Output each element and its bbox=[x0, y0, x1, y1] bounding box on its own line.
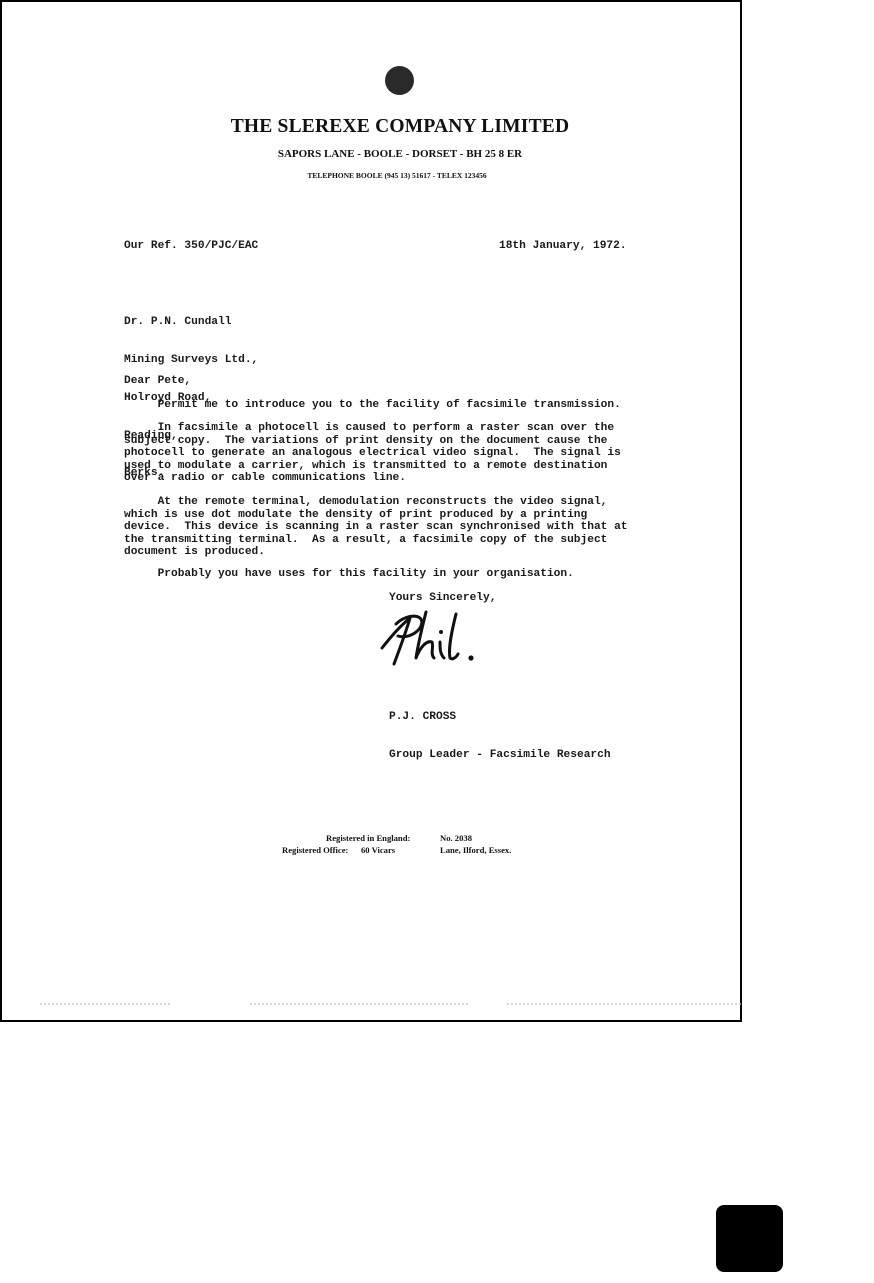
reference-number: Our Ref. 350/PJC/EAC bbox=[124, 240, 258, 252]
page-corner-marker-icon bbox=[716, 1205, 783, 1272]
paragraph-intro: Permit me to introduce you to the facili… bbox=[124, 399, 621, 412]
signer-title: Group Leader - Facsimile Research bbox=[389, 749, 611, 762]
handwritten-signature-icon bbox=[376, 608, 486, 670]
company-name: THE SLEREXE COMPANY LIMITED bbox=[2, 116, 798, 138]
salutation: Dear Pete, bbox=[124, 375, 191, 387]
valediction: Yours Sincerely, bbox=[389, 592, 496, 604]
registered-office-part2: Lane, Ilford, Essex. bbox=[440, 845, 511, 855]
company-address: SAPORS LANE - BOOLE - DORSET - BH 25 8 E… bbox=[2, 148, 798, 160]
registered-office-label: Registered Office: bbox=[282, 845, 348, 855]
scan-artifact-line bbox=[250, 1003, 470, 1005]
registered-office-part1: 60 Vicars bbox=[361, 845, 395, 855]
recipient-line: Dr. P.N. Cundall bbox=[124, 316, 258, 329]
letter-date: 18th January, 1972. bbox=[499, 240, 627, 252]
paragraph-closing: Probably you have uses for this facility… bbox=[124, 568, 574, 581]
signer-block: P.J. CROSS Group Leader - Facsimile Rese… bbox=[389, 686, 611, 786]
recipient-line: Mining Surveys Ltd., bbox=[124, 354, 258, 367]
paragraph-photocell: In facsimile a photocell is caused to pe… bbox=[124, 422, 621, 485]
signer-name: P.J. CROSS bbox=[389, 711, 611, 724]
company-logo-icon bbox=[385, 66, 414, 95]
document-page: THE SLEREXE COMPANY LIMITED SAPORS LANE … bbox=[0, 0, 742, 1022]
scan-artifact-line bbox=[507, 1003, 742, 1005]
registration-label: Registered in England: bbox=[326, 833, 410, 843]
scan-artifact-line bbox=[40, 1003, 170, 1005]
registration-number: No. 2038 bbox=[440, 833, 472, 843]
paragraph-remote-terminal: At the remote terminal, demodulation rec… bbox=[124, 496, 628, 559]
company-contact: TELEPHONE BOOLE (945 13) 51617 - TELEX 1… bbox=[2, 171, 792, 180]
